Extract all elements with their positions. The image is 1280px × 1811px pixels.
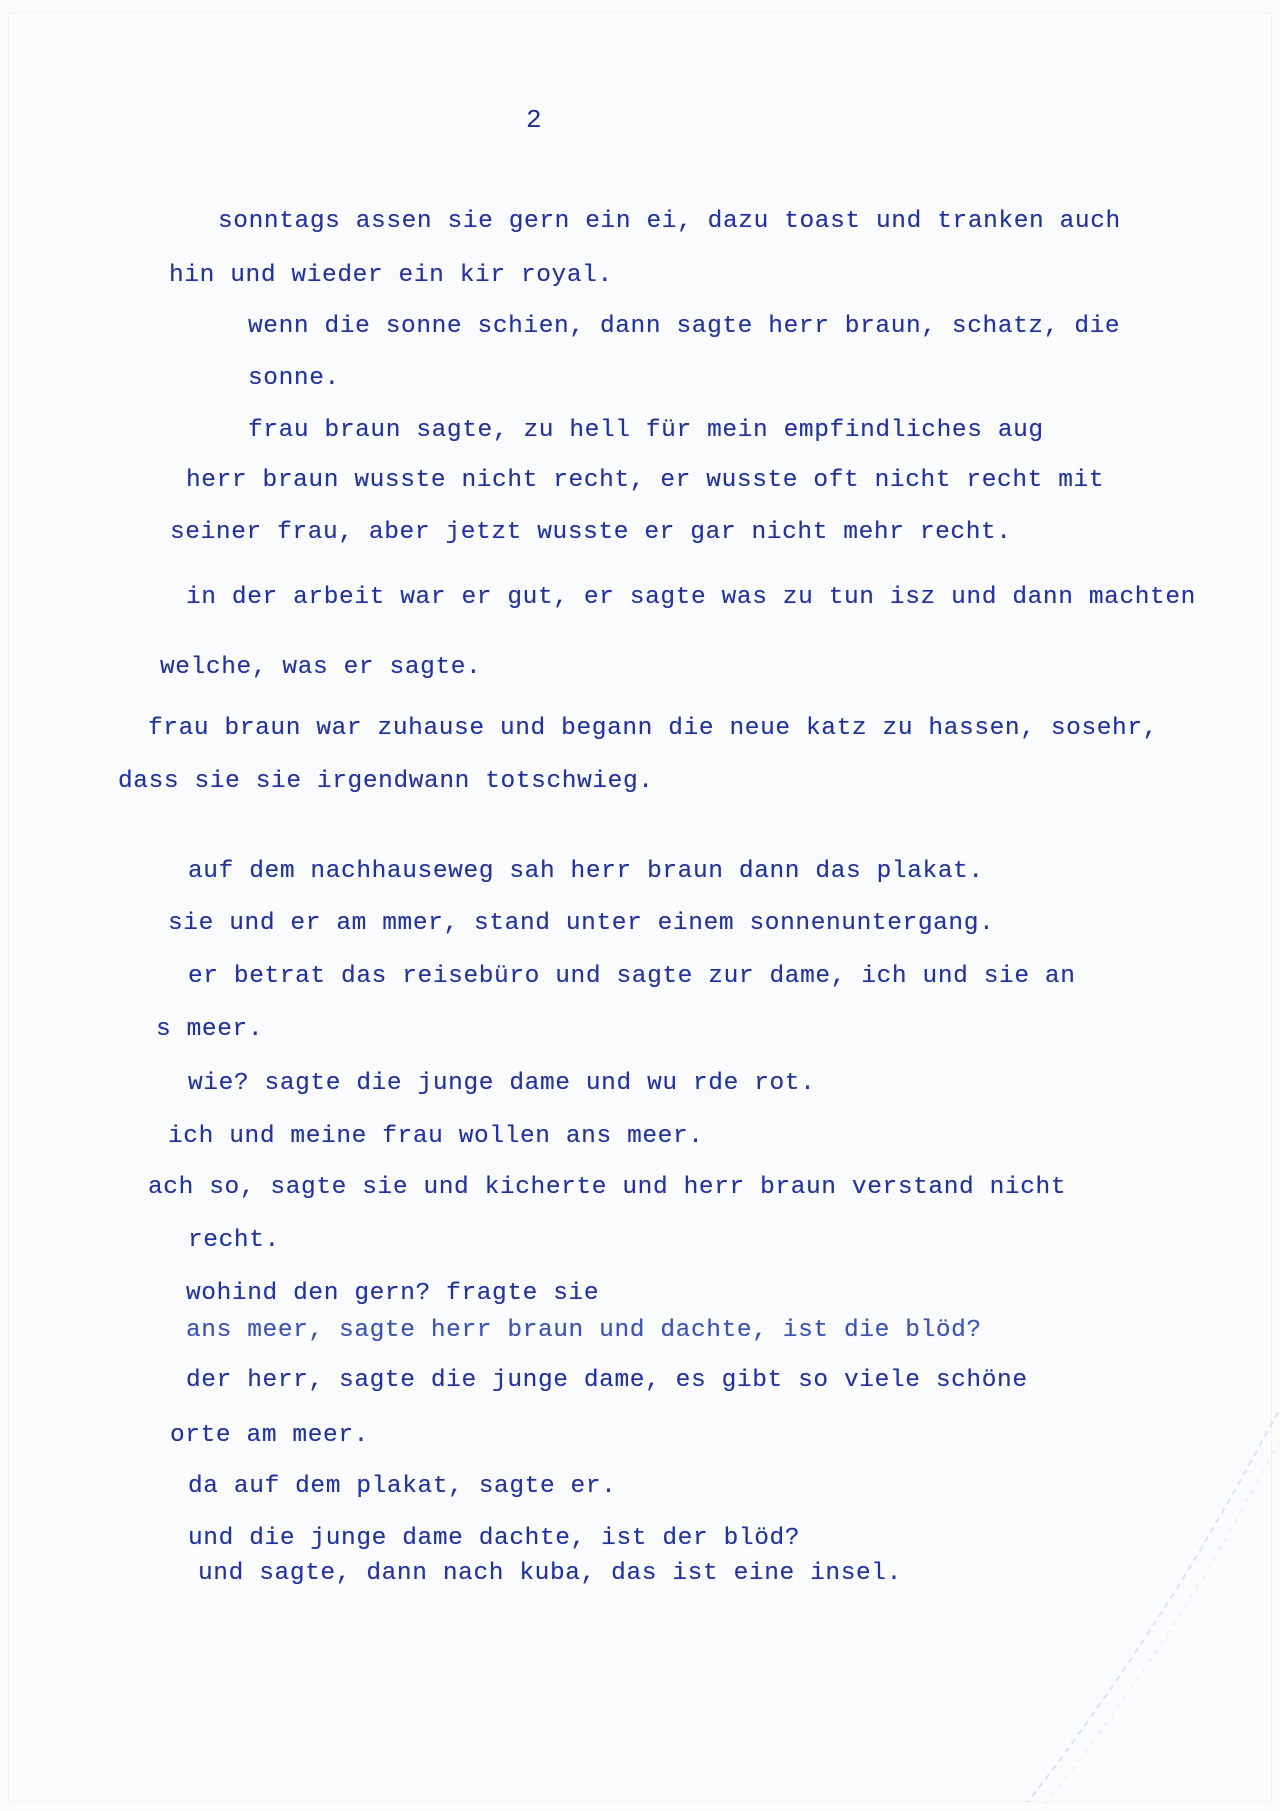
text-line: sie und er am mmer, stand unter einem so… [168, 912, 994, 937]
text-line: seiner frau, aber jetzt wusste er gar ni… [170, 521, 1012, 546]
text-line: in der arbeit war er gut, er sagte was z… [186, 586, 1196, 611]
text-line: und sagte, dann nach kuba, das ist eine … [198, 1562, 902, 1587]
text-line: wie? sagte die junge dame und wu rde rot… [188, 1072, 815, 1097]
text-line: sonntags assen sie gern ein ei, dazu toa… [218, 210, 1121, 235]
text-line: dass sie sie irgendwann totschwieg. [118, 770, 654, 795]
text-line: frau braun sagte, zu hell für mein empfi… [248, 419, 1044, 444]
paper-fold-mark [968, 1412, 1280, 1811]
text-line: s meer. [156, 1018, 263, 1043]
text-line: auf dem nachhauseweg sah herr braun dann… [188, 860, 984, 885]
page-number: 2 [526, 107, 542, 133]
text-line: der herr, sagte die junge dame, es gibt … [186, 1369, 1028, 1394]
text-line: wenn die sonne schien, dann sagte herr b… [248, 315, 1120, 340]
text-line: wohind den gern? fragte sie [186, 1282, 599, 1307]
text-line: hin und wieder ein kir royal. [169, 264, 613, 289]
text-line: ich und meine frau wollen ans meer. [168, 1125, 704, 1150]
text-line: recht. [188, 1229, 280, 1254]
text-line: ach so, sagte sie und kicherte und herr … [148, 1176, 1066, 1201]
text-line: frau braun war zuhause und begann die ne… [148, 717, 1158, 742]
text-line: ans meer, sagte herr braun und dachte, i… [186, 1319, 982, 1344]
typewritten-page: 2 sonntags assen sie gern ein ei, dazu t… [8, 12, 1272, 1802]
text-line: und die junge dame dachte, ist der blöd? [188, 1527, 800, 1552]
text-line: er betrat das reisebüro und sagte zur da… [188, 965, 1076, 990]
text-line: sonne. [248, 367, 340, 392]
text-line: welche, was er sagte. [160, 656, 481, 681]
text-line: orte am meer. [170, 1424, 369, 1449]
text-line: herr braun wusste nicht recht, er wusste… [186, 469, 1104, 494]
text-line: da auf dem plakat, sagte er. [188, 1475, 616, 1500]
